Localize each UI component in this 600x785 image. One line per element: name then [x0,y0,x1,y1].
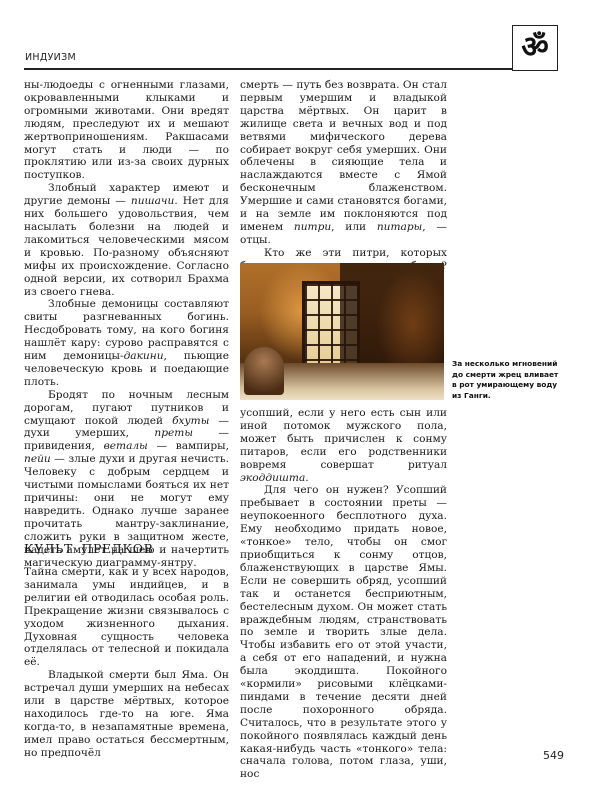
term-pitri: питри [294,221,331,233]
paragraph-rakshasas: ны-людоеды с огненными глазами, окровавл… [24,79,229,182]
photo-priest-and-dying-man [240,263,444,400]
term-ekoddishta: экоддишта [240,472,305,484]
paragraph-yama-realm: смерть — путь без возврата. Он стал перв… [240,79,447,247]
term-peyi: пейи [24,453,51,465]
om-symbol-box: ॐ [512,25,558,71]
column-1: ны-людоеды с огненными глазами, окровавл… [24,79,229,569]
photo-caption: За несколько мгновений до смерти жрец вл… [452,359,562,401]
section-heading: КУЛЬТ ПРЕДКОВ [24,541,153,556]
running-header-title: ИНДУИЗМ [25,52,76,63]
paragraph-mystery-of-death: Тайна смерти, как и у всех народов, зани… [24,566,229,669]
term-dakini: дакини [124,350,164,362]
photo-seated-man [244,347,284,395]
term-pishachi: пишачи [131,195,174,207]
column-1-section: Тайна смерти, как и у всех народов, зани… [24,566,229,760]
term-pitary: питары [377,221,422,233]
page-number: 549 [543,749,564,762]
paragraph-pishachi: Злобный характер имеют и другие демоны —… [24,182,229,298]
paragraph-why-needed: Для чего он нужен? Усопший пребывает в с… [240,484,447,781]
paragraph-ekoddishta: усопший, если у него есть сын или иной п… [240,407,447,484]
paragraph-dakini: Злобные демоницы составляют свиты разгне… [24,298,229,388]
term-bhuty: бхуты [172,415,209,427]
om-symbol-icon: ॐ [521,33,548,63]
paragraph-yama: Владыкой смерти был Яма. Он встречал душ… [24,669,229,759]
term-vetaly: веталы [104,440,148,452]
term-prety: преты [154,427,193,439]
header-rule [24,68,512,70]
column-2-upper: смерть — путь без возврата. Он стал перв… [240,79,447,286]
column-2-lower: усопший, если у него есть сын или иной п… [240,407,447,781]
